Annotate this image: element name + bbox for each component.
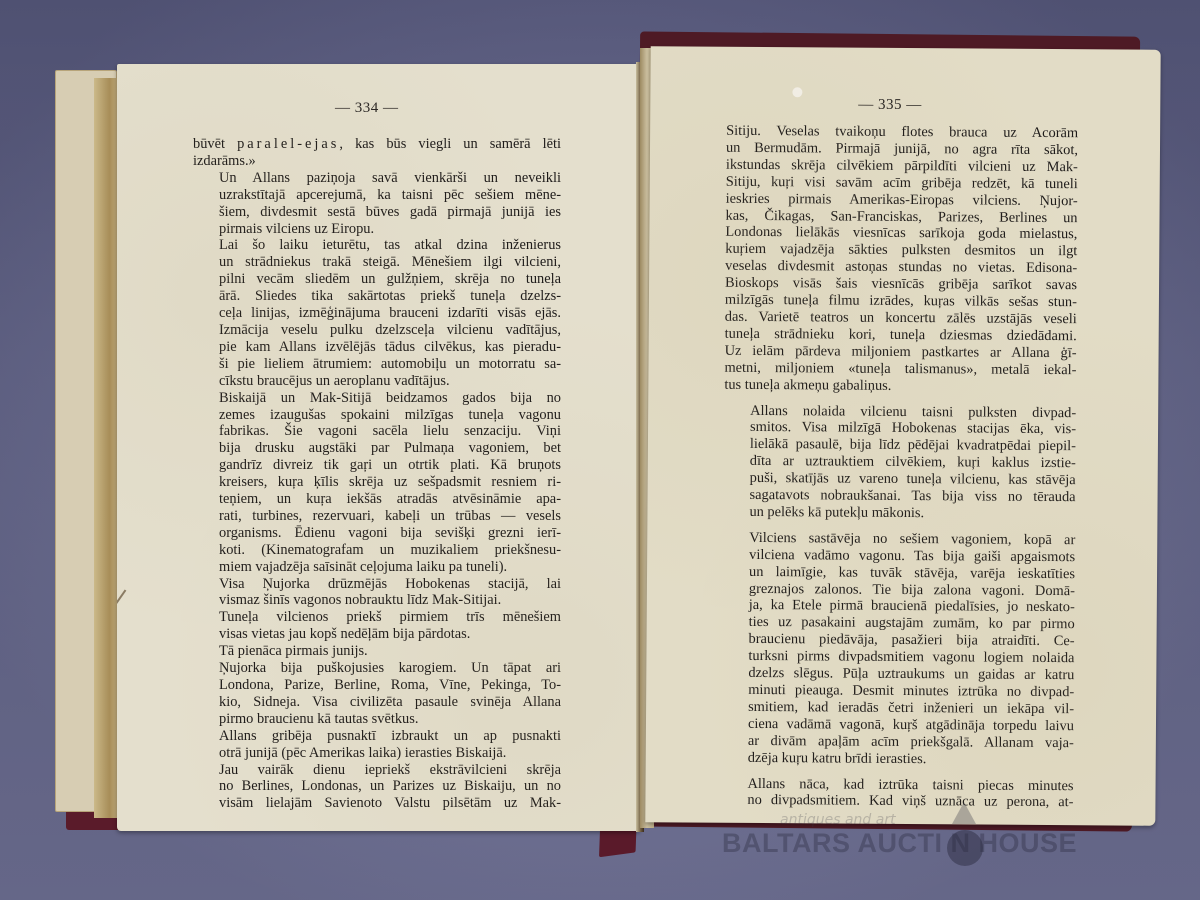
text-line: izdarāms.» [193,153,561,170]
paragraph: Allans nolaida vilcienu taisni pulksten … [723,402,1076,523]
text-line: Ņujorka bija puškojusies karogiem. Un tā… [193,660,561,677]
text-line: dzēja kuŗu katru brīdi ierasties. [722,749,1074,768]
text-line: un pelēks kā putekļu mākonis. [723,504,1075,523]
spaced-emphasis-text: paralel-ejas [237,136,339,152]
text-line: Allans gribēja pusnaktī izbraukt un ap p… [193,728,561,745]
text-line: būvēt paralel-ejas, kas būs viegli un sa… [193,136,561,153]
text-line: Uz ielām pārdeva miljoniem pastkartes ar… [725,343,1077,362]
page-crease [117,589,143,618]
text-line: koti. (Kinematografam un muzikaliem prie… [193,542,561,559]
paragraph: būvēt paralel-ejas, kas būs viegli un sa… [193,136,561,170]
text-line: un strādniekus trakā steigā. Mēnešiem il… [193,254,561,271]
text-line: ārā. Sliedes tika sakārtotas priekš tune… [193,288,561,305]
paragraph: Biskaijā un Mak-Sitijā beidzamos gados b… [193,390,561,576]
text-line: tus tuneļa akmeņu gabaliņus. [724,376,1076,395]
right-page: — 335 — Sitiju. Veselas tvaikoņu flotes … [645,46,1160,826]
paragraph: Un Allans paziņoja savā vienkārši un nev… [193,170,561,238]
text-line: metni, miljoniem «tuneļa talismanus», me… [724,359,1076,378]
paragraph: Visa Ņujorka drūzmējās Hobokenas stacijā… [193,576,561,610]
page-body-text: Sitiju. Veselas tvaikoņu flotes brauca u… [721,123,1078,812]
page-body-text: būvēt paralel-ejas, kas būs viegli un sa… [193,136,561,812]
watermark-tagline: antiques and art [780,812,896,828]
text-line: pie kam Allans izvēlējās tādus cilvēkus,… [193,339,561,356]
text-line: teņiem, un kuŗa iekšās atradās atvēsinām… [193,491,561,508]
paragraph: Tā pienāca pirmais junijs. [193,643,561,660]
text-line: un laimīgie, kas tuvāk stāvēja, varēja i… [723,563,1075,582]
text-span: būvēt [193,136,237,152]
text-span: , kas būs viegli un samērā lēti [339,136,561,152]
text-line: Tuneļa vilcienos priekš pirmiem trīs mēn… [193,609,561,626]
text-line: Vilciens sastāvēja no sešiem vagoniem, k… [723,530,1075,549]
text-line: miem vajadzēja saīsināt ceļojuma laiku p… [193,559,561,576]
text-line: cīkstu braucējus un aeroplanu vadītājus. [193,373,561,390]
text-line: kio, Sidneja. Visa civilizēta pasaule sv… [193,694,561,711]
text-line: visas vietas jau kopš nedēļām bija pārdo… [193,626,561,643]
text-line: ieskries pirmais Amerikas-Eiropas vilcie… [726,190,1078,209]
text-line: pirmo braucienu kā tautas svētkus. [193,711,561,728]
text-line: vismaz šinīs vagonos nobrauktu līdz Mak-… [193,592,561,609]
page-hole [792,87,802,97]
text-line: Sitiju, kuŗi visi savām acīm gribēja red… [726,173,1078,192]
paragraph: Lai šo laiku ieturētu, tas atkal dzina i… [193,237,561,389]
text-line: smitiem, kad ieradās četri inženieri un … [722,699,1074,718]
text-line: rati, turbines, rezervuari, kabeļi un tr… [193,508,561,525]
text-line: ši pie lieliem ātrumiem: automobiļu un m… [193,356,561,373]
text-line: Tā pienāca pirmais junijs. [193,643,561,660]
text-line: visām lielajām Savienoto Valstu pilsētām… [193,795,561,812]
text-line: Visa Ņujorka drūzmējās Hobokenas stacijā… [193,576,561,593]
text-line: bija drusku augstāki par Pulmaņa vagonie… [193,440,561,457]
left-page: — 334 — būvēt paralel-ejas, kas būs vieg… [117,64,640,831]
text-line: Lai šo laiku ieturētu, tas atkal dzina i… [193,237,561,254]
text-line: ikstundas skrēja cilvēkiem pārpildīti vi… [726,157,1078,176]
text-line: ceļa linijas, izmēģinājuma brauceni izda… [193,305,561,322]
page-number: — 334 — [335,100,399,117]
text-line: organisms. Ēdienu vagoni bija sevišķi gr… [193,525,561,542]
text-line: ciena vadāmā vagonā, kuŗš atgādināja tor… [722,716,1074,735]
text-line: no divpadsmitiem. Kad viņš uznāca uz per… [721,792,1073,811]
text-line: Jau vairāk dienu iepriekš ekstrāvilcieni… [193,762,561,779]
text-line: zemes izaugušas spokaini milzīgas tuneļa… [193,407,561,424]
text-line: uzrakstītajā apcerejumā, ka taisni pēc s… [193,187,561,204]
paragraph: Jau vairāk dienu iepriekš ekstrāvilcieni… [193,762,561,813]
paragraph: Tuneļa vilcienos priekš pirmiem trīs mēn… [193,609,561,643]
text-line: vilciena vadāmo vagonu. Tas bija gaiši a… [723,546,1075,565]
coin-logo-icon [947,830,983,866]
text-line: Izmācija veselu pulku dzelzsceļa vilcien… [193,322,561,339]
text-line: tuneļa strādnieku kori, tuneļa dziesmas … [725,326,1077,345]
text-line: otrā junijā (pēc Amerikas laika) ierasti… [193,745,561,762]
paragraph: Sitiju. Veselas tvaikoņu flotes brauca u… [724,123,1078,396]
paragraph: Allans nāca, kad iztrūka taisni piecas m… [721,775,1073,811]
text-line: ar divām apaļām acīm priekšgalā. Allanam… [722,732,1074,751]
text-line: kreisers, kuŗa ķīlis skrēja uz sešpadsmi… [193,474,561,491]
text-line: un Bermudām. Pirmajā junijā, no agra rīt… [726,140,1078,159]
text-line: Un Allans paziņoja savā vienkārši un nev… [193,170,561,187]
paragraph: Vilciens sastāvēja no sešiem vagoniem, k… [722,530,1076,769]
text-line: Biskaijā un Mak-Sitijā beidzamos gados b… [193,390,561,407]
paragraph: Ņujorka bija puškojusies karogiem. Un tā… [193,660,561,728]
text-line: šiem, divdesmit sestā būves gadā pirmajā… [193,204,561,221]
page-number: — 335 — [858,97,922,114]
text-line: pilni vecām sliedēm un gulžņiem, skrēja … [193,271,561,288]
text-line: pirmais vilciens uz Eiropu. [193,221,561,238]
text-line: gandrīz divreiz tik gaŗi un otrtik plati… [193,457,561,474]
watermark-brand: BALTARS AUCTI N HOUSE [722,828,1122,868]
crown-icon [952,802,976,824]
text-line: no Berlines, Londonas, un Parizes uz Bis… [193,778,561,795]
text-line: fabrikas. Šie vagoni sacēla lielu senzac… [193,423,561,440]
paragraph: Allans gribēja pusnaktī izbraukt un ap p… [193,728,561,762]
text-line: Londona, Parize, Berline, Roma, Vīne, Pe… [193,677,561,694]
